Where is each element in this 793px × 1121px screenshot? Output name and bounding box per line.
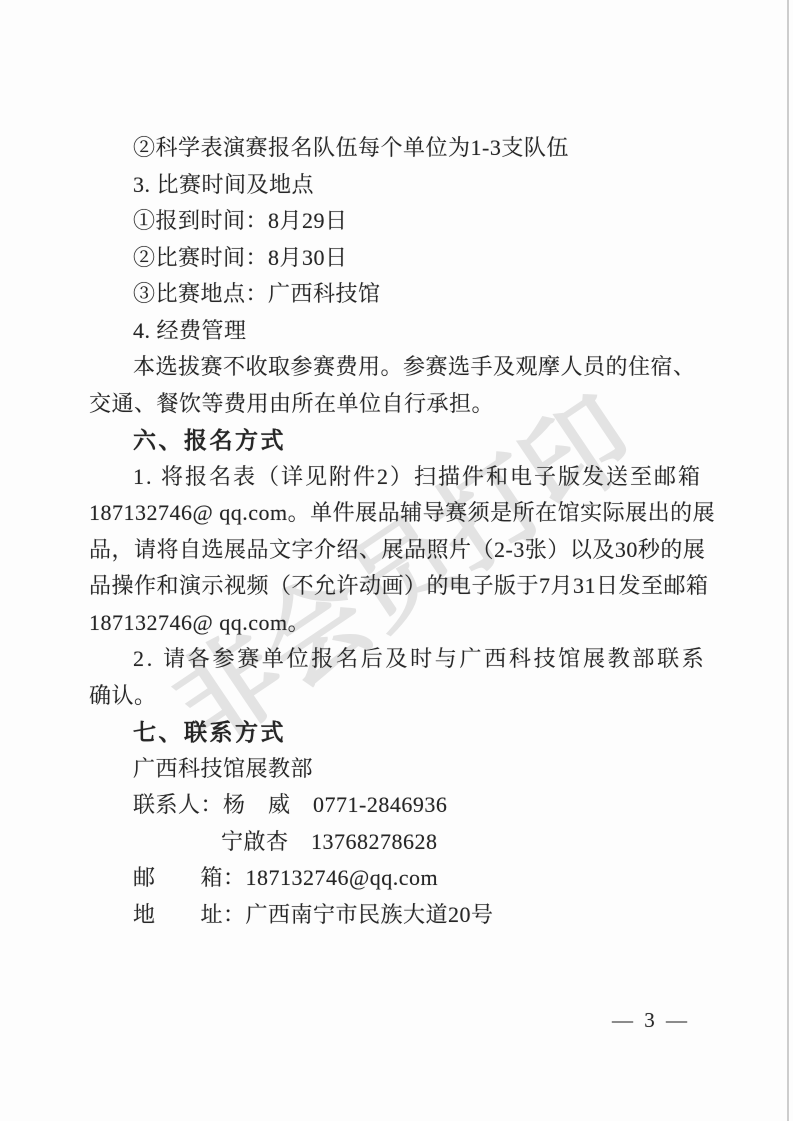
page-number: — 3 — bbox=[612, 1008, 690, 1033]
contact-address-line: 地 址：广西南宁市民族大道20号 bbox=[89, 897, 707, 934]
text-line-confirm-2: 确认。 bbox=[89, 678, 707, 715]
text-line-registration-4: 品操作和演示视频（不允许动画）的电子版于7月31日发至邮箱 bbox=[89, 568, 707, 605]
text-line-performance-teams: ②科学表演赛报名队伍每个单位为1-3支队伍 bbox=[89, 130, 707, 167]
document-page: 非会员打印 ②科学表演赛报名队伍每个单位为1-3支队伍 3. 比赛时间及地点 ①… bbox=[0, 0, 793, 1121]
text-line-funds-heading: 4. 经费管理 bbox=[89, 313, 707, 350]
contact-person-line-1: 联系人：杨 威 0771-2846936 bbox=[89, 787, 707, 824]
text-line-registration-3: 品，请将自选展品文字介绍、展品照片（2-3张）以及30秒的展 bbox=[89, 532, 707, 569]
contact-email-line: 邮 箱：187132746@qq.com bbox=[89, 860, 707, 897]
text-line-registration-1: 1. 将报名表（详见附件2）扫描件和电子版发送至邮箱 bbox=[89, 459, 707, 496]
text-line-registration-email: 187132746@ qq.com。 bbox=[89, 605, 707, 642]
text-line-confirm-1: 2. 请各参赛单位报名后及时与广西科技馆展教部联系 bbox=[89, 641, 707, 678]
section-heading-contact: 七、联系方式 bbox=[89, 714, 707, 751]
text-line-competition-time: ②比赛时间：8月30日 bbox=[89, 240, 707, 277]
text-line-competition-place: ③比赛地点：广西科技馆 bbox=[89, 276, 707, 313]
department-line: 广西科技馆展教部 bbox=[89, 751, 707, 788]
text-line-time-place-heading: 3. 比赛时间及地点 bbox=[89, 167, 707, 204]
scan-edge-line bbox=[787, 0, 789, 1121]
text-line-checkin-time: ①报到时间：8月29日 bbox=[89, 203, 707, 240]
contact-person-line-2: 宁啟杏 13768278628 bbox=[89, 824, 707, 861]
text-line-registration-2: 187132746@ qq.com。单件展品辅导赛须是所在馆实际展出的展 bbox=[89, 495, 707, 532]
text-line-fees-1: 本选拔赛不收取参赛费用。参赛选手及观摩人员的住宿、 bbox=[89, 349, 707, 386]
document-body: ②科学表演赛报名队伍每个单位为1-3支队伍 3. 比赛时间及地点 ①报到时间：8… bbox=[89, 130, 707, 933]
section-heading-registration: 六、报名方式 bbox=[89, 422, 707, 459]
text-line-fees-2: 交通、餐饮等费用由所在单位自行承担。 bbox=[89, 386, 707, 423]
